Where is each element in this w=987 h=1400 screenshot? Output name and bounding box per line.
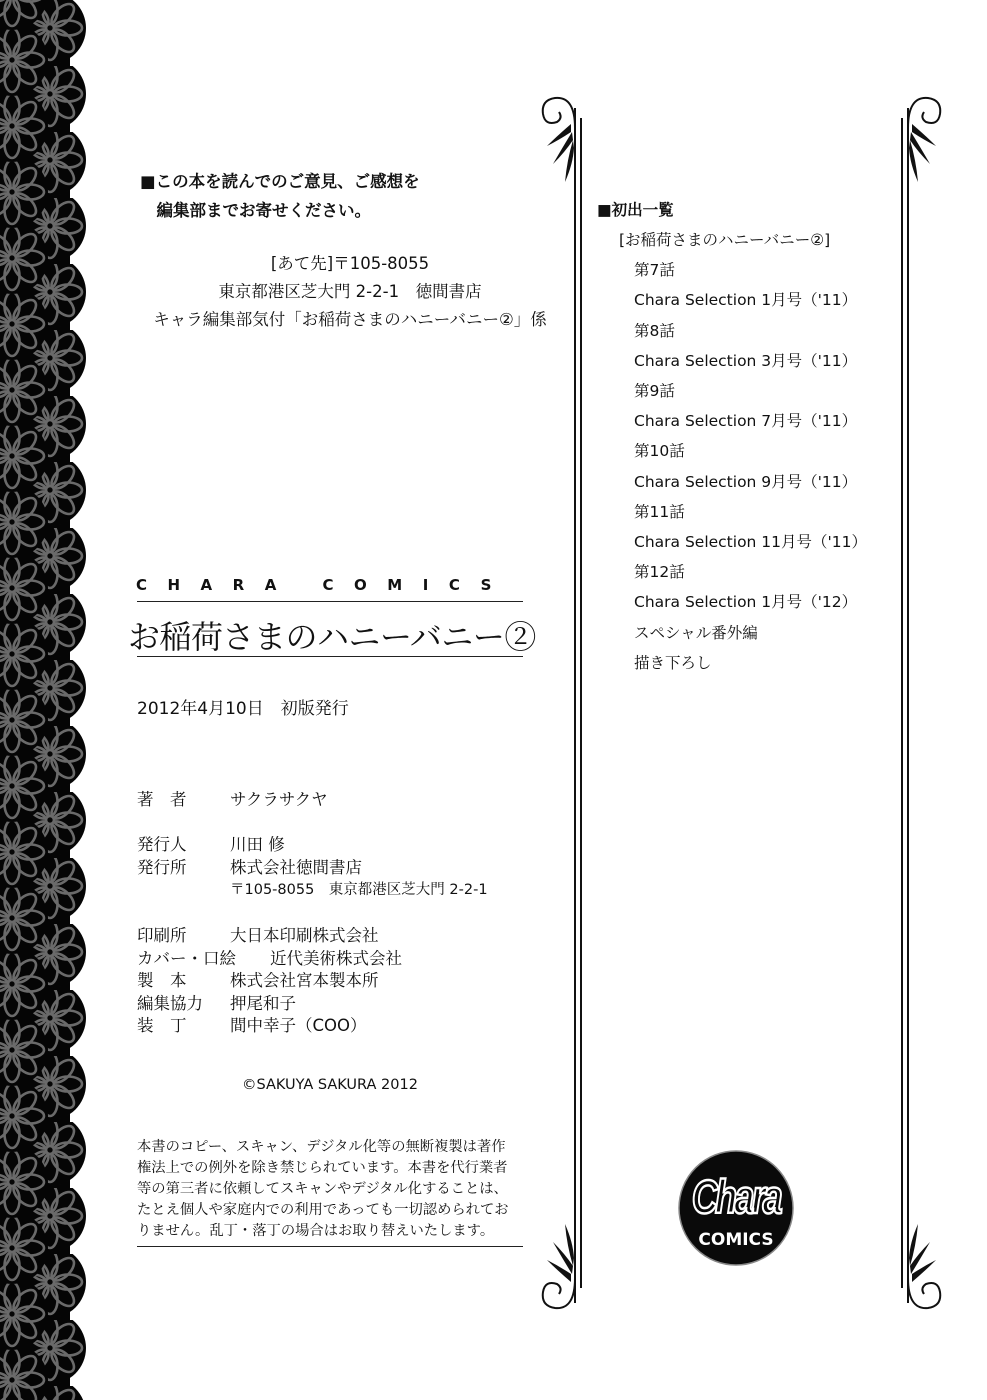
credit-label: 発行人	[137, 834, 230, 857]
legal-line: りません。乱丁・落丁の場合はお取り替えいたします。	[137, 1221, 527, 1242]
credits-production: 印刷所 大日本印刷株式会社 カバー・口絵 近代美術株式会社 製 本 株式会社宮本…	[137, 925, 402, 1038]
credit-value: 間中幸子（COO）	[230, 1015, 367, 1038]
first-appearance-item: Chara Selection 1月号（'12）	[597, 587, 867, 617]
credit-label: 編集協力	[137, 993, 230, 1016]
first-appearance-heading: ■初出一覧	[597, 195, 867, 225]
first-appearance-item: 第8話	[597, 316, 867, 346]
first-appearance-item: スペシャル番外編	[597, 618, 867, 648]
first-appearance-item: Chara Selection 9月号（'11）	[597, 467, 867, 497]
mailing-address: [あて先]〒105-8055 東京都港区芝大門 2-2-1 徳間書店 キャラ編集…	[110, 252, 590, 336]
address-line: キャラ編集部気付「お稲荷さまのハニーバニー②」係	[110, 308, 590, 336]
first-appearance-item: 第10話	[597, 436, 867, 466]
first-appearance-item: Chara Selection 11月号（'11）	[597, 527, 867, 557]
legal-notice: 本書のコピー、スキャン、デジタル化等の無断複製は著作 権法上での例外を除き禁じら…	[137, 1137, 527, 1242]
first-appearance-list: ■初出一覧 [お稲荷さまのハニーバニー②] 第7話 Chara Selectio…	[597, 195, 867, 678]
credits-author: 著 者 サクラサクヤ	[137, 789, 328, 812]
credit-label: 発行所	[137, 857, 230, 880]
credit-value: 押尾和子	[230, 993, 296, 1016]
first-appearance-book: [お稲荷さまのハニーバニー②]	[597, 225, 867, 255]
feedback-notice-line: ■この本を読んでのご意見、ご感想を	[140, 170, 420, 199]
chara-comics-logo: Chara COMICS	[676, 1148, 796, 1268]
first-appearance-item: Chara Selection 1月号（'11）	[597, 285, 867, 315]
credit-label: 製 本	[137, 970, 230, 993]
lace-border-decoration	[0, 0, 92, 1400]
feedback-notice-line: 編集部までお寄せください。	[140, 199, 420, 228]
legal-line: 本書のコピー、スキャン、デジタル化等の無断複製は著作	[137, 1137, 527, 1158]
credit-label: 著 者	[137, 789, 230, 812]
first-appearance-item: 第11話	[597, 497, 867, 527]
legal-line: たとえ個人や家庭内での利用であっても一切認められてお	[137, 1200, 527, 1221]
copyright-notice: ©SAKUYA SAKURA 2012	[137, 1077, 523, 1093]
first-appearance-item: 第12話	[597, 557, 867, 587]
legal-line: 権法上での例外を除き禁じられています。本書を代行業者	[137, 1158, 527, 1179]
logo-chara-text: Chara	[692, 1170, 782, 1223]
title-rule-top	[137, 601, 523, 602]
credit-label: カバー・口絵	[137, 948, 270, 971]
publication-date: 2012年4月10日 初版発行	[137, 694, 349, 719]
book-title: お稲荷さまのハニーバニー②	[128, 612, 536, 658]
right-ornamental-pillar	[888, 88, 948, 1318]
first-appearance-item: Chara Selection 3月号（'11）	[597, 346, 867, 376]
feedback-notice: ■この本を読んでのご意見、ご感想を 編集部までお寄せください。	[140, 170, 420, 228]
address-line: 東京都港区芝大門 2-2-1 徳間書店	[110, 280, 590, 308]
credit-value: 川田 修	[230, 834, 285, 857]
credits-publisher: 発行人 川田 修 発行所 株式会社徳間書店 〒105-8055 東京都港区芝大門…	[137, 834, 488, 902]
series-label: CHARA COMICS	[136, 576, 524, 594]
title-rule-bottom	[137, 656, 523, 657]
first-appearance-item: 描き下ろし	[597, 648, 867, 678]
credit-label: 印刷所	[137, 925, 230, 948]
credit-value: 株式会社宮本製本所	[230, 970, 379, 993]
credit-value: 大日本印刷株式会社	[230, 925, 379, 948]
publisher-address: 〒105-8055 東京都港区芝大門 2-2-1	[230, 879, 488, 902]
legal-line: 等の第三者に依頼してスキャンやデジタル化することは、	[137, 1179, 527, 1200]
address-line: [あて先]〒105-8055	[110, 252, 590, 280]
logo-comics-text: COMICS	[698, 1230, 773, 1250]
credit-value: 近代美術株式会社	[270, 948, 402, 971]
first-appearance-item: 第9話	[597, 376, 867, 406]
first-appearance-item: 第7話	[597, 255, 867, 285]
credit-label: 装 丁	[137, 1015, 230, 1038]
legal-rule	[137, 1246, 523, 1247]
first-appearance-item: Chara Selection 7月号（'11）	[597, 406, 867, 436]
credit-value: サクラサクヤ	[230, 789, 328, 812]
credit-value: 株式会社徳間書店	[230, 857, 362, 880]
